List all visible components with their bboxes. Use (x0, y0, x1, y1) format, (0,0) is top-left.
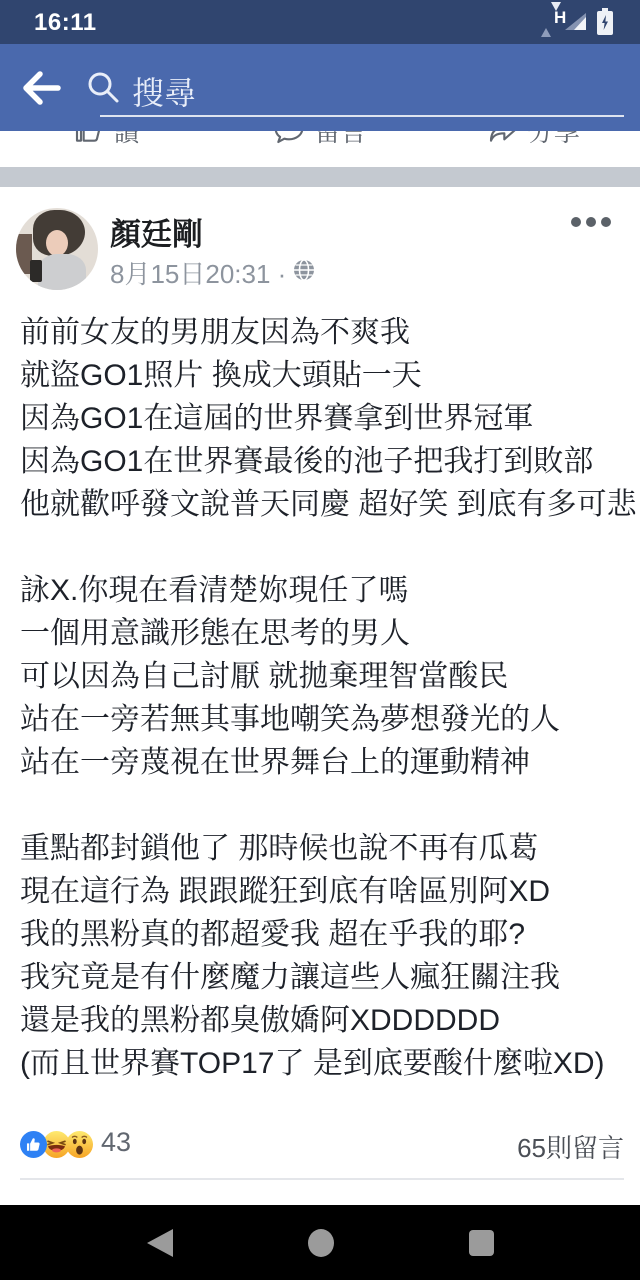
share-button[interactable]: 分享 (427, 131, 640, 153)
clock: 16:11 (34, 9, 97, 37)
globe-privacy-icon (293, 257, 315, 288)
footer-divider (20, 1178, 624, 1180)
post-text-line: 我的黑粉真的都超愛我 超在乎我的耶? (20, 913, 626, 956)
reaction-summary[interactable]: 43 (18, 1127, 131, 1158)
feed-separator (0, 167, 640, 187)
more-options-button[interactable] (571, 217, 611, 231)
nav-home-icon[interactable] (308, 1229, 334, 1257)
post-text-line (20, 784, 626, 827)
post-body: 前前女友的男朋友因為不爽我就盜GO1照片 換成大頭貼一天因為GO1在這屆的世界賽… (20, 311, 626, 1085)
post-action-bar: 讚 留言 分享 (0, 131, 640, 167)
battery-charging-icon (597, 8, 613, 35)
dot-icon (601, 217, 611, 227)
post-text-line: 我究竟是有什麼魔力讓這些人瘋狂關注我 (20, 956, 626, 999)
signal-strength-icon (565, 13, 586, 30)
like-button[interactable]: 讚 (0, 131, 213, 153)
android-nav-bar (0, 1205, 640, 1280)
post-text-line (20, 526, 626, 569)
search-input[interactable]: 搜尋 (132, 68, 196, 114)
avatar[interactable] (16, 208, 98, 290)
comment-bubble-icon (273, 131, 305, 146)
post-card: 顏廷剛 8月15日20:31 · 前前女友的男朋友因為不爽我就盜GO1照片 換成… (0, 187, 640, 1205)
post-text-line: 現在這行為 跟跟蹤狂到底有啥區別阿XD (20, 870, 626, 913)
comment-count[interactable]: 65則留言 (517, 1128, 624, 1165)
search-underline (100, 115, 624, 117)
share-arrow-icon (487, 131, 519, 146)
post-timestamp-row[interactable]: 8月15日20:31 · (110, 254, 315, 291)
thumbs-up-icon (73, 131, 105, 146)
post-text-line: 就盜GO1照片 換成大頭貼一天 (20, 354, 626, 397)
dot-icon (571, 217, 581, 227)
post-text-line: 站在一旁蔑視在世界舞台上的運動精神 (20, 741, 626, 784)
post-text-line: 可以因為自己討厭 就拋棄理智當酸民 (20, 655, 626, 698)
post-text-line: 一個用意識形態在思考的男人 (20, 612, 626, 655)
post-text-line: 前前女友的男朋友因為不爽我 (20, 311, 626, 354)
nav-recents-icon[interactable] (469, 1230, 494, 1256)
post-text-line: 因為GO1在世界賽最後的池子把我打到敗部 (20, 440, 626, 483)
post-text-line: 站在一旁若無其事地嘲笑為夢想發光的人 (20, 698, 626, 741)
reaction-count: 43 (101, 1127, 131, 1158)
nav-back-icon[interactable] (147, 1229, 173, 1257)
post-text-line: 他就歡呼發文說普天同慶 超好笑 到底有多可悲 (20, 483, 626, 526)
like-label: 讚 (114, 131, 140, 149)
comment-label: 留言 (314, 131, 366, 149)
dot-icon (586, 217, 596, 227)
post-text-line: 重點都封鎖他了 那時候也說不再有瓜葛 (20, 827, 626, 870)
share-label: 分享 (528, 131, 580, 149)
phone-screen: 16:11 H 搜 (0, 0, 640, 1280)
timestamp: 8月15日20:31 · (110, 254, 286, 291)
post-text-line: 詠X.你現在看清楚妳現任了嗎 (20, 569, 626, 612)
like-reaction-icon (18, 1129, 45, 1156)
post-footer: 43 65則留言 (0, 1123, 640, 1169)
post-text-line: 因為GO1在這屆的世界賽拿到世界冠軍 (20, 397, 626, 440)
author-name[interactable]: 顏廷剛 (110, 209, 203, 254)
network-activity-icon (541, 11, 551, 33)
post-text-line: 還是我的黑粉都臭傲嬌阿XDDDDDD (20, 999, 626, 1042)
search-icon (86, 70, 120, 104)
back-arrow-icon[interactable] (18, 68, 62, 108)
post-text-line: (而且世界賽TOP17了 是到底要酸什麼啦XD) (20, 1042, 626, 1085)
status-bar: 16:11 H (0, 0, 640, 44)
search-toolbar: 搜尋 (0, 44, 640, 131)
comment-button[interactable]: 留言 (213, 131, 426, 153)
